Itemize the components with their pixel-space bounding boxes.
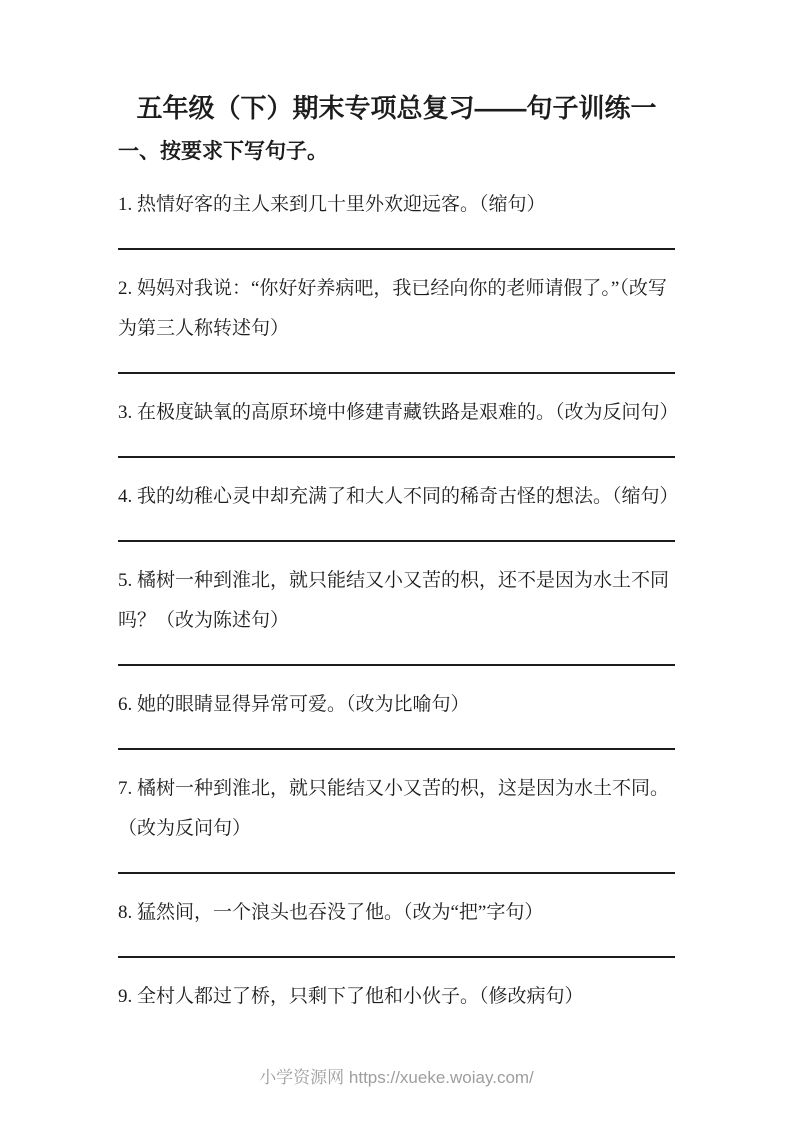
question-item-5: 5. 橘树一种到淮北，就只能结又小又苦的枳，还不是因为水土不同吗？（改为陈述句） — [118, 542, 675, 666]
answer-blank-line-8 — [118, 933, 675, 958]
question-item-1: 1. 热情好客的主人来到几十里外欢迎远客。（缩句） — [118, 166, 675, 250]
answer-blank-line-4 — [118, 517, 675, 542]
question-text-4: 4. 我的幼稚心灵中却充满了和大人不同的稀奇古怪的想法。（缩句） — [118, 458, 675, 517]
question-text-3: 3. 在极度缺氧的高原环境中修建青藏铁路是艰难的。（改为反问句） — [118, 374, 675, 433]
answer-blank-line-6 — [118, 725, 675, 750]
question-text-5: 5. 橘树一种到淮北，就只能结又小又苦的枳，还不是因为水土不同吗？（改为陈述句） — [118, 542, 675, 641]
answer-blank-line-5 — [118, 641, 675, 666]
answer-blank-line-2 — [118, 349, 675, 374]
question-item-7: 7. 橘树一种到淮北，就只能结又小又苦的枳，这是因为水土不同。（改为反问句） — [118, 750, 675, 874]
question-text-8: 8. 猛然间，一个浪头也吞没了他。（改为“把”字句） — [118, 874, 675, 933]
question-text-9: 9. 全村人都过了桥，只剩下了他和小伙子。（修改病句） — [118, 958, 675, 1017]
question-item-6: 6. 她的眼睛显得异常可爱。（改为比喻句） — [118, 666, 675, 750]
question-item-4: 4. 我的幼稚心灵中却充满了和大人不同的稀奇古怪的想法。（缩句） — [118, 458, 675, 542]
question-text-7: 7. 橘树一种到淮北，就只能结又小又苦的枳，这是因为水土不同。（改为反问句） — [118, 750, 675, 849]
page-title: 五年级（下）期末专项总复习——句子训练一 — [118, 90, 675, 126]
question-list: 1. 热情好客的主人来到几十里外欢迎远客。（缩句） 2. 妈妈对我说：“你好好养… — [118, 166, 675, 1017]
section-heading: 一、按要求下写句子。 — [118, 138, 675, 166]
question-text-6: 6. 她的眼睛显得异常可爱。（改为比喻句） — [118, 666, 675, 725]
answer-blank-line-1 — [118, 225, 675, 250]
question-item-8: 8. 猛然间，一个浪头也吞没了他。（改为“把”字句） — [118, 874, 675, 958]
question-text-2: 2. 妈妈对我说：“你好好养病吧，我已经向你的老师请假了。”（改写为第三人称转述… — [118, 250, 675, 349]
question-item-9: 9. 全村人都过了桥，只剩下了他和小伙子。（修改病句） — [118, 958, 675, 1017]
question-item-3: 3. 在极度缺氧的高原环境中修建青藏铁路是艰难的。（改为反问句） — [118, 374, 675, 458]
question-item-2: 2. 妈妈对我说：“你好好养病吧，我已经向你的老师请假了。”（改写为第三人称转述… — [118, 250, 675, 374]
answer-blank-line-7 — [118, 849, 675, 874]
page-footer-watermark: 小学资源网 https://xueke.woiay.com/ — [0, 1066, 793, 1090]
document-page: 五年级（下）期末专项总复习——句子训练一 一、按要求下写句子。 1. 热情好客的… — [0, 0, 793, 1122]
question-text-1: 1. 热情好客的主人来到几十里外欢迎远客。（缩句） — [118, 166, 675, 225]
answer-blank-line-3 — [118, 433, 675, 458]
